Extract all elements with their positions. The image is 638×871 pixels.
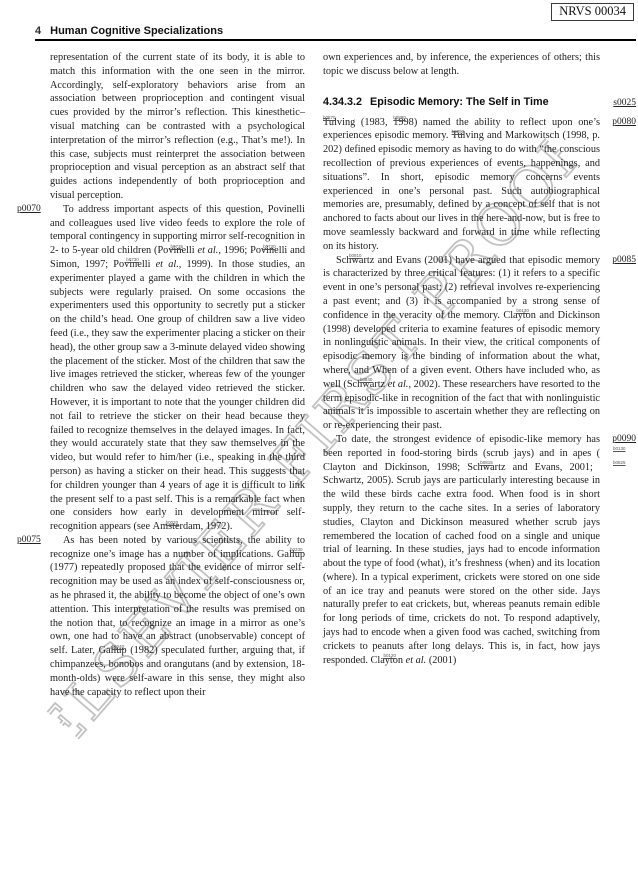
chapter-number: 4 — [35, 25, 41, 37]
right-column: own experiences and, by inference, the e… — [323, 51, 600, 667]
left-column: representation of the current state of i… — [50, 51, 305, 699]
header-rule — [35, 39, 636, 41]
paragraph: b0870Tulving (1983, b08801998) named the… — [323, 116, 600, 254]
paragraph: own experiences and, by inference, the e… — [323, 51, 600, 79]
margin-label[interactable]: s0025 — [613, 98, 636, 108]
paragraph: To date, the strongest evidence of episo… — [323, 433, 600, 668]
section-number: 4.34.3.2 — [323, 96, 362, 108]
article-id: NRVS 00034 — [559, 4, 626, 18]
section-heading: 4.34.3.2Episodic Memory: The Self in Tim… — [323, 96, 600, 109]
paragraph: As has been noted by various scientists,… — [50, 534, 305, 700]
margin-label[interactable]: p0080 — [612, 117, 636, 127]
paragraph: b0810Schwartz and Evans (2001) have argu… — [323, 254, 600, 433]
section-title: Episodic Memory: The Self in Time — [370, 96, 549, 108]
margin-label[interactable]: p0090 — [612, 434, 636, 444]
page: NRVS 00034 4Human Cognitive Specializati… — [0, 0, 638, 871]
paragraph: To address important aspects of this que… — [50, 203, 305, 534]
margin-label[interactable]: p0075 — [17, 535, 41, 545]
paragraph: representation of the current state of i… — [50, 51, 305, 203]
running-head: 4Human Cognitive Specializations — [35, 25, 223, 37]
article-id-box: NRVS 00034 — [551, 3, 634, 21]
margin-label[interactable]: p0070 — [17, 204, 41, 214]
running-head-title: Human Cognitive Specializations — [50, 25, 223, 37]
margin-label[interactable]: p0085 — [612, 255, 636, 265]
